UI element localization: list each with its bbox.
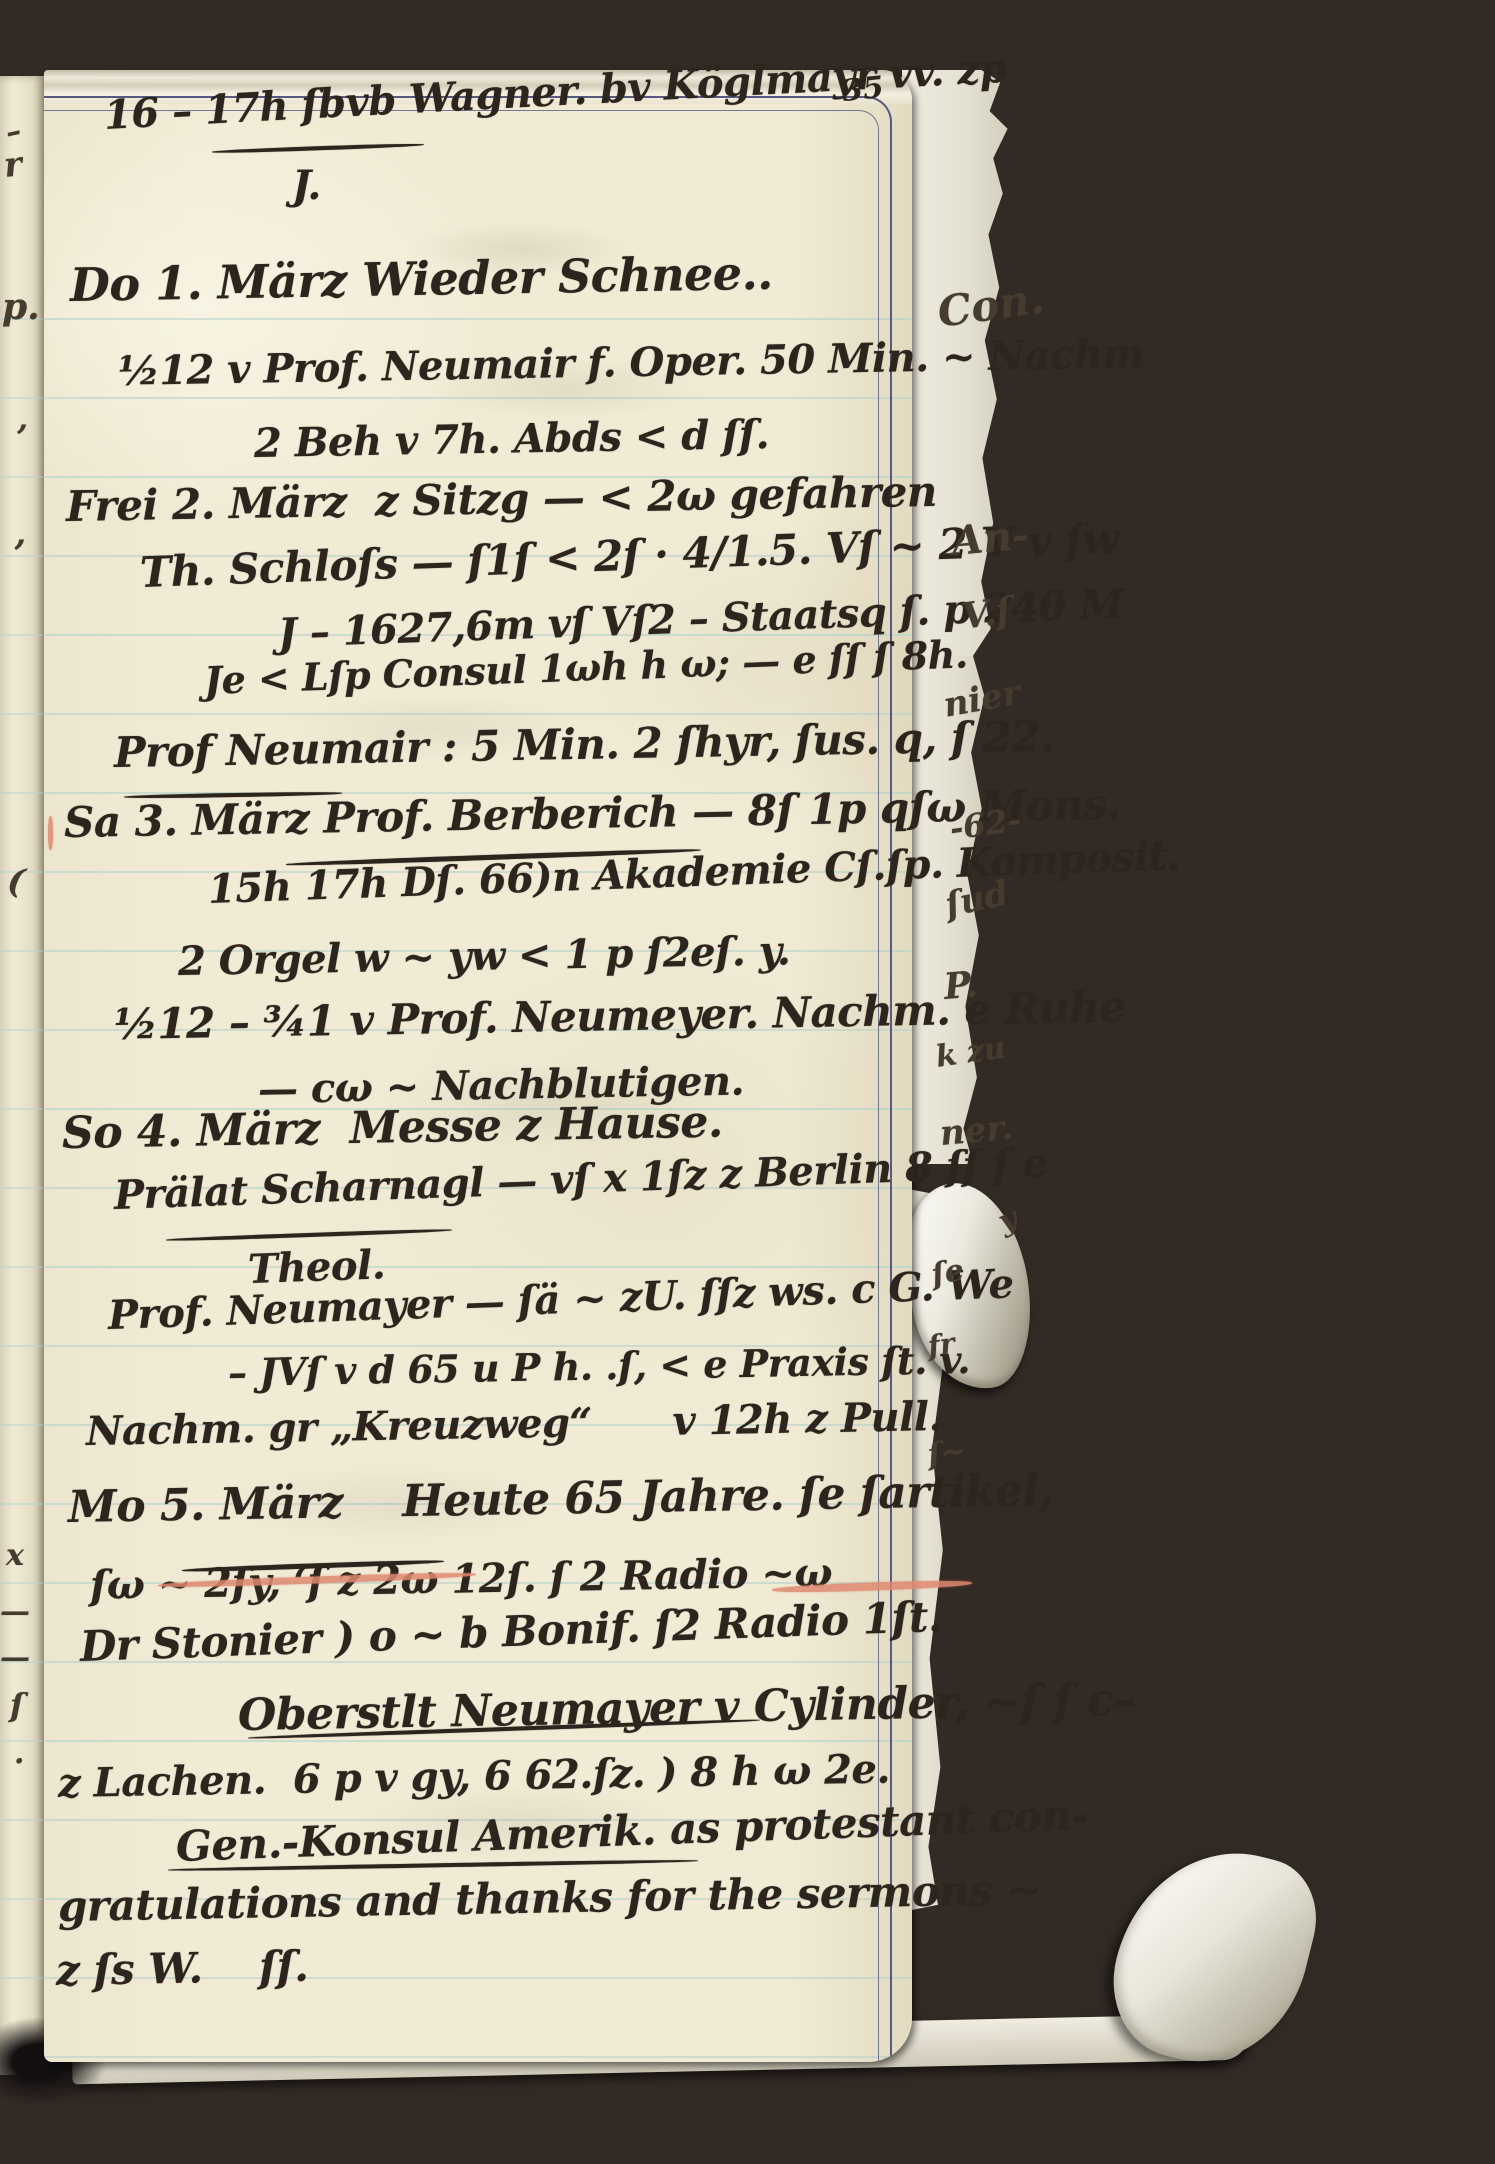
rule-line bbox=[0, 713, 46, 715]
previous-page-rules bbox=[0, 76, 46, 2075]
page-number: 35 bbox=[840, 70, 885, 109]
notebook-page bbox=[44, 70, 912, 2062]
rule-line bbox=[0, 1503, 46, 1505]
rule-line bbox=[0, 555, 46, 557]
rule-line bbox=[0, 1424, 46, 1426]
rule-line bbox=[0, 476, 46, 478]
torn-strip bbox=[902, 70, 1022, 658]
rule-line bbox=[0, 1977, 46, 1979]
rule-line bbox=[0, 792, 46, 794]
rule-line bbox=[0, 1819, 46, 1821]
rule-line bbox=[0, 950, 46, 952]
rule-line bbox=[0, 1266, 46, 1268]
rule-line bbox=[0, 1345, 46, 1347]
ink-bleed-ghosting bbox=[44, 70, 912, 2062]
rule-line bbox=[0, 1029, 46, 1031]
rule-line bbox=[0, 1740, 46, 1742]
rule-line bbox=[0, 397, 46, 399]
rule-line bbox=[0, 634, 46, 636]
rule-line bbox=[0, 1108, 46, 1110]
rule-line bbox=[0, 1661, 46, 1663]
rule-line bbox=[0, 1898, 46, 1900]
rule-line bbox=[0, 318, 46, 320]
rule-line bbox=[0, 1582, 46, 1584]
torn-page-remnants bbox=[902, 70, 1192, 2074]
rule-line bbox=[0, 1187, 46, 1189]
torn-strip bbox=[902, 656, 998, 1164]
scanned-notebook-photo: { "document": { "page_number": "35", "co… bbox=[0, 0, 1495, 2164]
rule-line bbox=[0, 871, 46, 873]
previous-page-edge bbox=[0, 76, 46, 2075]
